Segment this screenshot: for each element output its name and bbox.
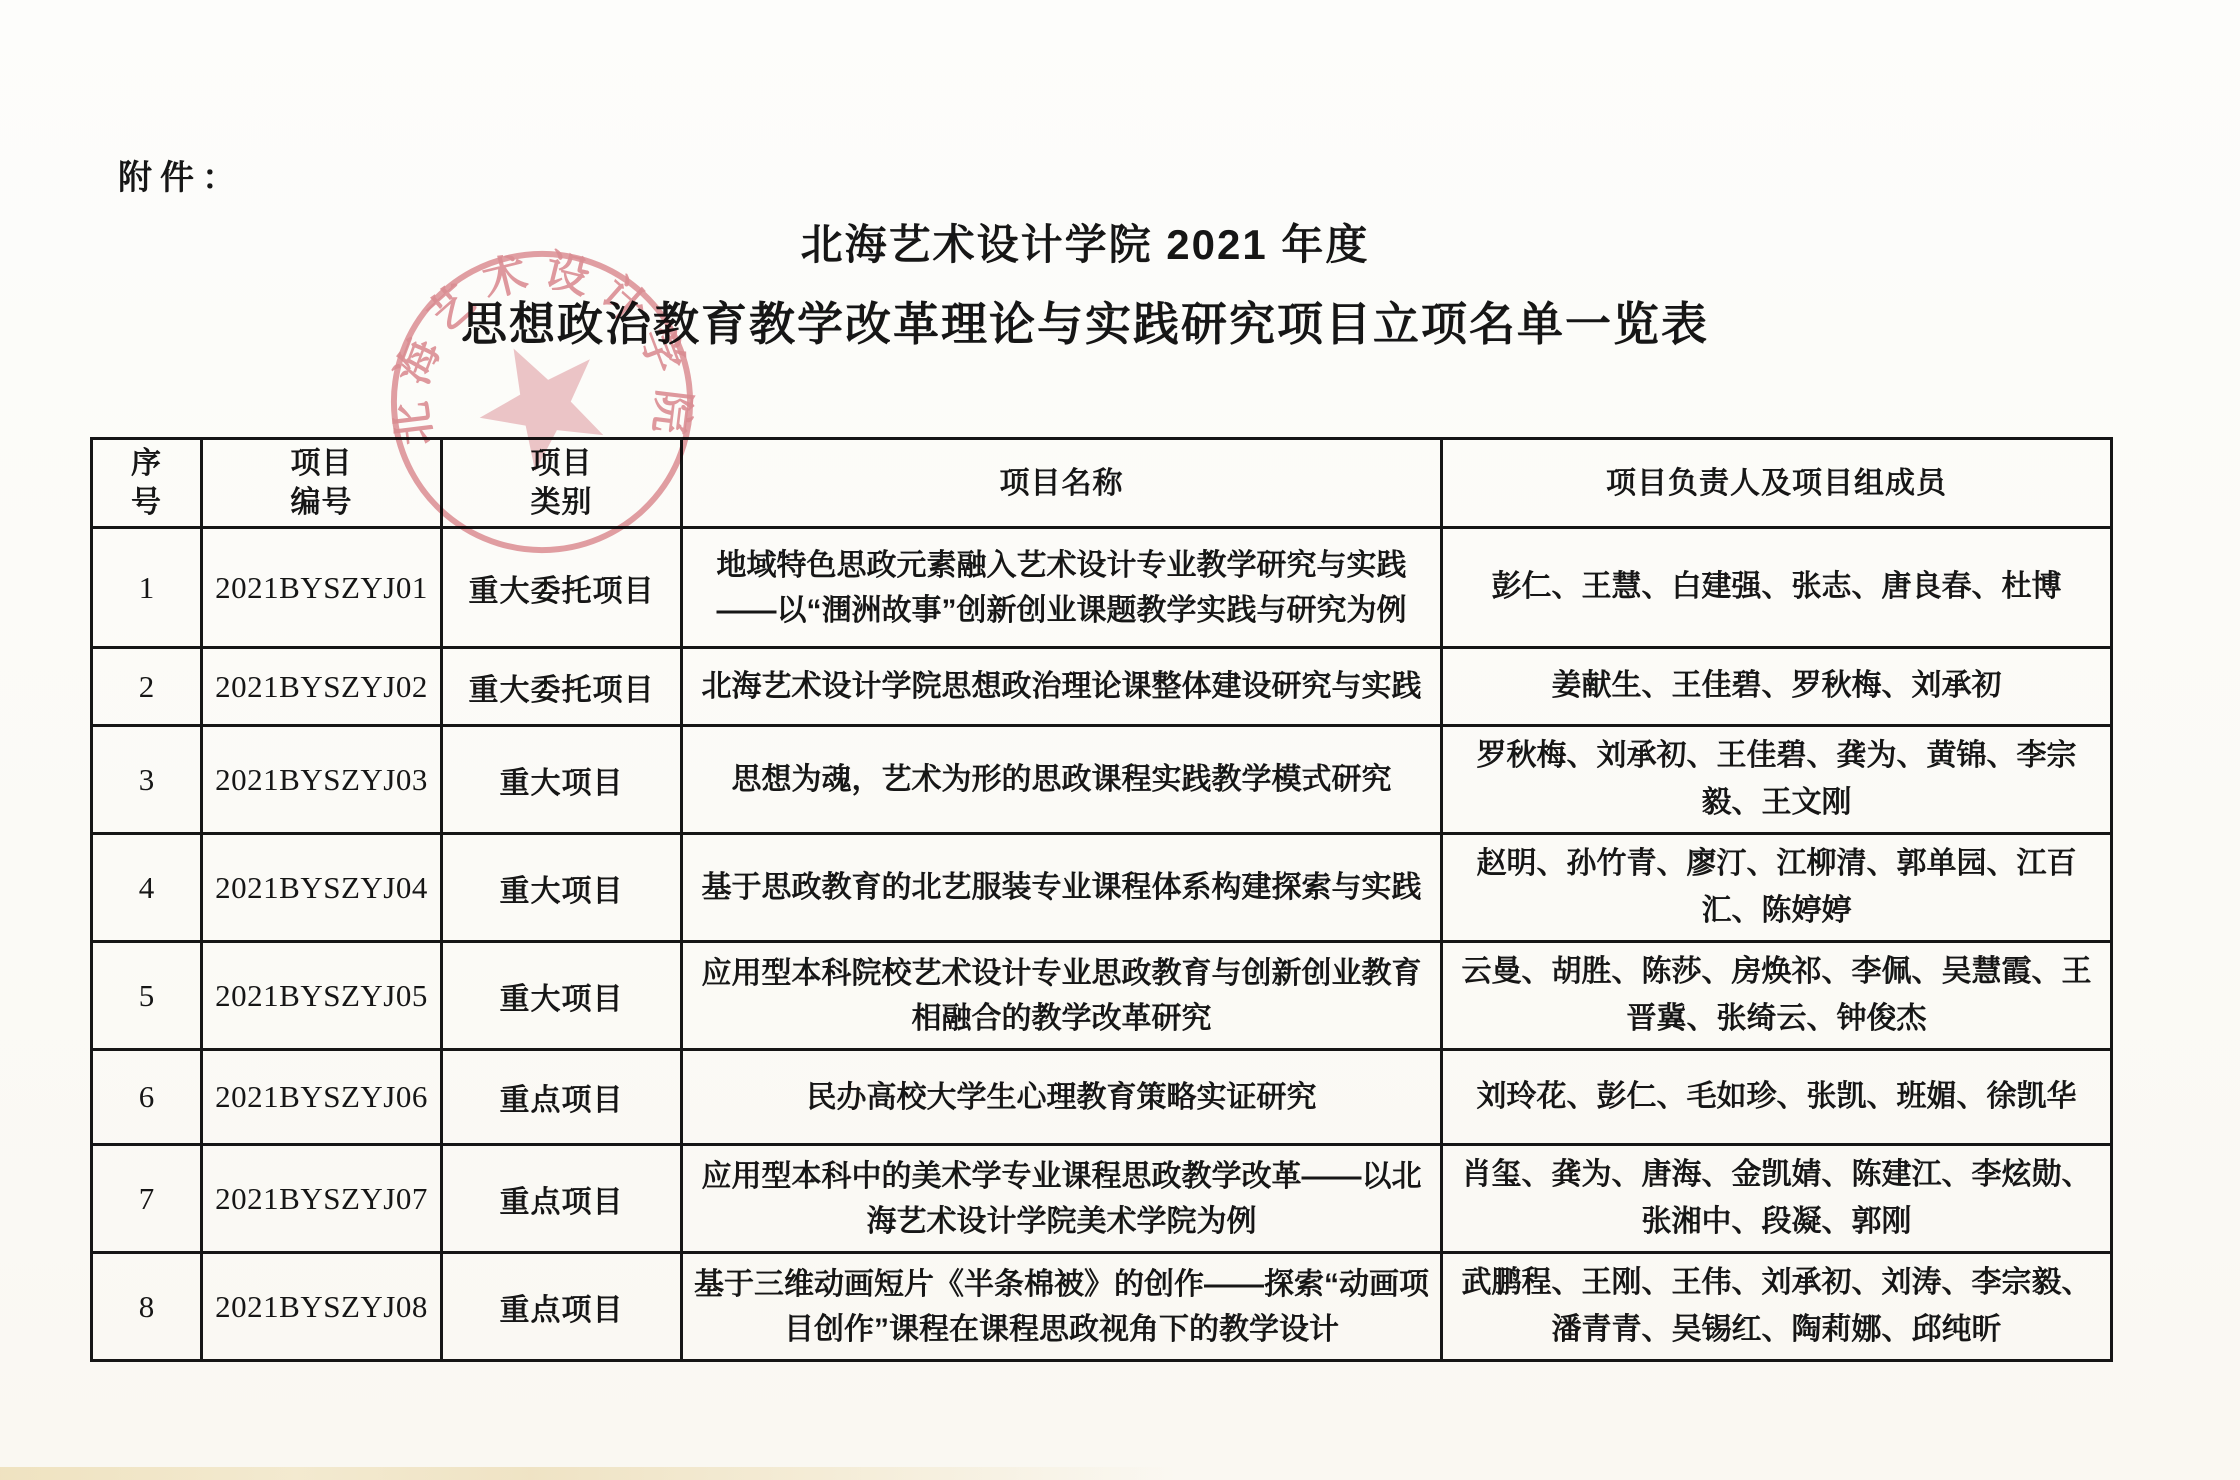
header-row: 序 号 项目 编号 项目 类别 项目名称 项目负责人及项目组成员 <box>92 439 2112 528</box>
scan-edge-artifact <box>0 1467 1180 1480</box>
project-members-cell: 姜献生、王佳碧、罗秋梅、刘承初 <box>1442 648 2112 726</box>
project-table-body: 1 2021BYSZYJ01 重大委托项目 地域特色思政元素融入艺术设计专业教学… <box>92 528 2112 1361</box>
project-name-cell: 基于三维动画短片《半条棉被》的创作——探索“动画项目创作”课程在课程思政视角下的… <box>682 1253 1442 1361</box>
project-category-cell: 重大委托项目 <box>442 648 682 726</box>
row-number-cell: 1 <box>92 528 202 648</box>
project-code-cell: 2021BYSZYJ02 <box>202 648 442 726</box>
project-name-cell: 应用型本科中的美术学专业课程思政教学改革——以北海艺术设计学院美术学院为例 <box>682 1145 1442 1253</box>
title-line-2: 思想政治教育教学改革理论与实践研究项目立项名单一览表 <box>0 288 2170 354</box>
project-members-cell: 刘玲花、彭仁、毛如珍、张凯、班媚、徐凯华 <box>1442 1050 2112 1145</box>
project-code-cell: 2021BYSZYJ03 <box>202 726 442 834</box>
title-line-1: 北海艺术设计学院 2021 年度 <box>0 212 2170 272</box>
project-code-cell: 2021BYSZYJ05 <box>202 942 442 1050</box>
project-list-table: 序 号 项目 编号 项目 类别 项目名称 项目负责人及项目组成员 1 2021B… <box>90 437 2113 1362</box>
row-number-cell: 7 <box>92 1145 202 1253</box>
project-members-cell: 肖玺、龚为、唐海、金凯婧、陈建江、李炫勋、张湘中、段凝、郭刚 <box>1442 1145 2112 1253</box>
row-number-cell: 2 <box>92 648 202 726</box>
project-members-cell: 云曼、胡胜、陈莎、房焕祁、李佩、吴慧霞、王晋冀、张绮云、钟俊杰 <box>1442 942 2112 1050</box>
table-row: 3 2021BYSZYJ03 重大项目 思想为魂，艺术为形的思政课程实践教学模式… <box>92 726 2112 834</box>
project-code-cell: 2021BYSZYJ04 <box>202 834 442 942</box>
project-category-cell: 重点项目 <box>442 1253 682 1361</box>
project-name-cell: 北海艺术设计学院思想政治理论课整体建设研究与实践 <box>682 648 1442 726</box>
header-col-no: 序 号 <box>92 439 202 528</box>
project-members-cell: 武鹏程、王刚、王伟、刘承初、刘涛、李宗毅、潘青青、吴锡红、陶莉娜、邱纯昕 <box>1442 1253 2112 1361</box>
table-row: 1 2021BYSZYJ01 重大委托项目 地域特色思政元素融入艺术设计专业教学… <box>92 528 2112 648</box>
table-row: 2 2021BYSZYJ02 重大委托项目 北海艺术设计学院思想政治理论课整体建… <box>92 648 2112 726</box>
table-row: 4 2021BYSZYJ04 重大项目 基于思政教育的北艺服装专业课程体系构建探… <box>92 834 2112 942</box>
row-number-cell: 4 <box>92 834 202 942</box>
project-category-cell: 重大委托项目 <box>442 528 682 648</box>
project-name-cell: 基于思政教育的北艺服装专业课程体系构建探索与实践 <box>682 834 1442 942</box>
row-number-cell: 6 <box>92 1050 202 1145</box>
project-code-cell: 2021BYSZYJ08 <box>202 1253 442 1361</box>
header-col-code: 项目 编号 <box>202 439 442 528</box>
project-code-cell: 2021BYSZYJ07 <box>202 1145 442 1253</box>
row-number-cell: 3 <box>92 726 202 834</box>
project-category-cell: 重点项目 <box>442 1145 682 1253</box>
header-col-name: 项目名称 <box>682 439 1442 528</box>
project-category-cell: 重大项目 <box>442 834 682 942</box>
row-number-cell: 5 <box>92 942 202 1050</box>
table-row: 5 2021BYSZYJ05 重大项目 应用型本科院校艺术设计专业思政教育与创新… <box>92 942 2112 1050</box>
project-code-cell: 2021BYSZYJ01 <box>202 528 442 648</box>
table-row: 6 2021BYSZYJ06 重点项目 民办高校大学生心理教育策略实证研究 刘玲… <box>92 1050 2112 1145</box>
project-table: 序 号 项目 编号 项目 类别 项目名称 项目负责人及项目组成员 1 2021B… <box>90 437 2113 1362</box>
project-members-cell: 彭仁、王慧、白建强、张志、唐良春、杜博 <box>1442 528 2112 648</box>
project-members-cell: 赵明、孙竹青、廖汀、江柳清、郭单园、江百汇、陈婷婷 <box>1442 834 2112 942</box>
project-table-header: 序 号 项目 编号 项目 类别 项目名称 项目负责人及项目组成员 <box>92 439 2112 528</box>
project-category-cell: 重点项目 <box>442 1050 682 1145</box>
project-name-cell: 地域特色思政元素融入艺术设计专业教学研究与实践——以“涠洲故事”创新创业课题教学… <box>682 528 1442 648</box>
table-row: 8 2021BYSZYJ08 重点项目 基于三维动画短片《半条棉被》的创作——探… <box>92 1253 2112 1361</box>
attachment-label: 附件： <box>118 150 244 199</box>
document-title: 北海艺术设计学院 2021 年度 思想政治教育教学改革理论与实践研究项目立项名单… <box>0 212 2170 354</box>
project-name-cell: 应用型本科院校艺术设计专业思政教育与创新创业教育相融合的教学改革研究 <box>682 942 1442 1050</box>
project-members-cell: 罗秋梅、刘承初、王佳碧、龚为、黄锦、李宗毅、王文刚 <box>1442 726 2112 834</box>
project-category-cell: 重大项目 <box>442 726 682 834</box>
header-col-category: 项目 类别 <box>442 439 682 528</box>
project-name-cell: 民办高校大学生心理教育策略实证研究 <box>682 1050 1442 1145</box>
project-name-cell: 思想为魂，艺术为形的思政课程实践教学模式研究 <box>682 726 1442 834</box>
row-number-cell: 8 <box>92 1253 202 1361</box>
project-code-cell: 2021BYSZYJ06 <box>202 1050 442 1145</box>
table-row: 7 2021BYSZYJ07 重点项目 应用型本科中的美术学专业课程思政教学改革… <box>92 1145 2112 1253</box>
project-category-cell: 重大项目 <box>442 942 682 1050</box>
header-col-members: 项目负责人及项目组成员 <box>1442 439 2112 528</box>
